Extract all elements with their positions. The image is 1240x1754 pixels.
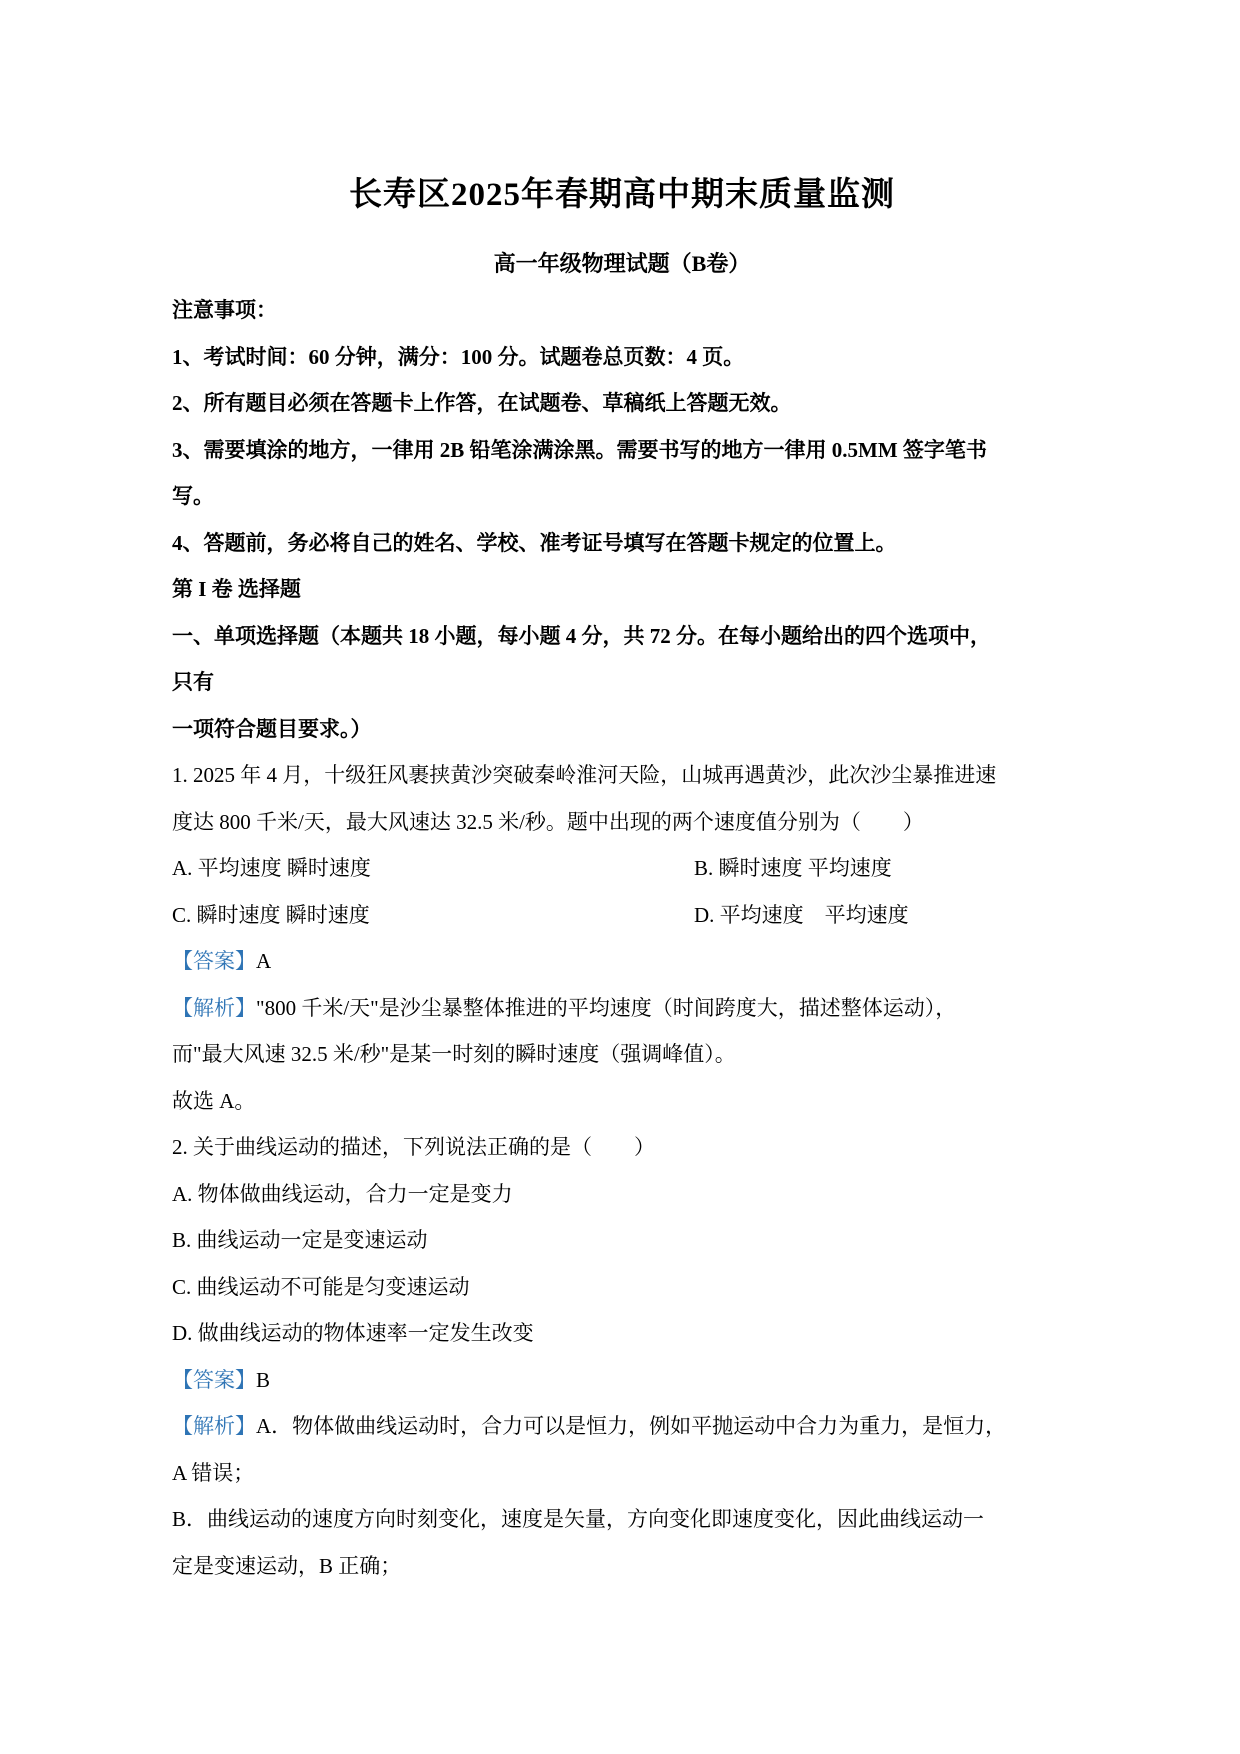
q1-analysis-line-2: 而"最大风速 32.5 米/秒"是某一时刻的瞬时速度（强调峰值）。 xyxy=(172,1031,1072,1078)
q2-analysis-line-4: 定是变速运动，B 正确； xyxy=(172,1543,1072,1590)
section-type-heading-line-3: 一项符合题目要求。） xyxy=(172,706,1072,753)
page-subtitle: 高一年级物理试题（B卷） xyxy=(172,241,1072,287)
notice-line-2: 2、所有题目必须在答题卡上作答，在试题卷、草稿纸上答题无效。 xyxy=(172,380,1072,427)
q1-answer-label: 【答案】 xyxy=(172,949,256,973)
q1-option-a: A. 平均速度 瞬时速度 xyxy=(172,856,371,880)
notice-line-3-wrap: 写。 xyxy=(172,473,1072,520)
q1-analysis-line-1: 【解析】"800 千米/天"是沙尘暴整体推进的平均速度（时间跨度大，描述整体运动… xyxy=(172,985,1072,1032)
page-title: 长寿区2025年春期高中期末质量监测 xyxy=(172,170,1072,220)
q2-answer-label: 【答案】 xyxy=(172,1368,256,1392)
q2-analysis-line-1: 【解析】A．物体做曲线运动时，合力可以是恒力，例如平抛运动中合力为重力，是恒力， xyxy=(172,1403,1072,1450)
q2-analysis-line-2: A 错误； xyxy=(172,1450,1072,1497)
notice-line-4: 4、答题前，务必将自己的姓名、学校、准考证号填写在答题卡规定的位置上。 xyxy=(172,520,1072,567)
q1-analysis-line-3: 故选 A。 xyxy=(172,1078,1072,1125)
q2-stem: 2. 关于曲线运动的描述，下列说法正确的是（ ） xyxy=(172,1124,1072,1171)
q1-analysis-text-1: "800 千米/天"是沙尘暴整体推进的平均速度（时间跨度大，描述整体运动）， xyxy=(256,996,956,1020)
notice-line-1: 1、考试时间：60 分钟，满分：100 分。试题卷总页数：4 页。 xyxy=(172,334,1072,381)
q2-answer-value: B xyxy=(256,1368,270,1392)
q2-analysis-line-3: B．曲线运动的速度方向时刻变化，速度是矢量，方向变化即速度变化，因此曲线运动一 xyxy=(172,1496,1072,1543)
exam-paper-page: 长寿区2025年春期高中期末质量监测 高一年级物理试题（B卷） 注意事项： 1、… xyxy=(0,0,1240,1754)
part-heading: 第 I 卷 选择题 xyxy=(172,566,1072,613)
q1-answer-value: A xyxy=(256,949,271,973)
section-type-heading-line-2: 只有 xyxy=(172,659,1072,706)
q2-answer-line: 【答案】B xyxy=(172,1357,1072,1404)
q2-analysis-label: 【解析】 xyxy=(172,1414,256,1438)
q1-stem-line-1: 1. 2025 年 4 月，十级狂风裹挟黄沙突破秦岭淮河天险，山城再遇黄沙，此次… xyxy=(172,752,1072,799)
q2-option-c: C. 曲线运动不可能是匀变速运动 xyxy=(172,1264,1072,1311)
q1-options-row-1: A. 平均速度 瞬时速度 B. 瞬时速度 平均速度 xyxy=(172,845,1072,892)
q2-option-a: A. 物体做曲线运动，合力一定是变力 xyxy=(172,1171,1072,1218)
q1-analysis-label: 【解析】 xyxy=(172,996,256,1020)
q1-answer-line: 【答案】A xyxy=(172,938,1072,985)
section-type-heading-line-1: 一、单项选择题（本题共 18 小题，每小题 4 分，共 72 分。在每小题给出的… xyxy=(172,613,1072,660)
q2-analysis-text-1: A．物体做曲线运动时，合力可以是恒力，例如平抛运动中合力为重力，是恒力， xyxy=(256,1414,1006,1438)
notice-heading: 注意事项： xyxy=(172,287,1072,334)
q1-options-row-2: C. 瞬时速度 瞬时速度 D. 平均速度 平均速度 xyxy=(172,892,1072,939)
q2-option-b: B. 曲线运动一定是变速运动 xyxy=(172,1217,1072,1264)
exam-body: 注意事项： 1、考试时间：60 分钟，满分：100 分。试题卷总页数：4 页。 … xyxy=(172,287,1072,1589)
q1-option-d: D. 平均速度 平均速度 xyxy=(694,892,909,939)
q1-option-b: B. 瞬时速度 平均速度 xyxy=(694,845,892,892)
q2-option-d: D. 做曲线运动的物体速率一定发生改变 xyxy=(172,1310,1072,1357)
q1-stem-line-2: 度达 800 千米/天，最大风速达 32.5 米/秒。题中出现的两个速度值分别为… xyxy=(172,799,1072,846)
notice-line-3: 3、需要填涂的地方，一律用 2B 铅笔涂满涂黑。需要书写的地方一律用 0.5MM… xyxy=(172,427,1072,474)
q1-option-c: C. 瞬时速度 瞬时速度 xyxy=(172,903,370,927)
